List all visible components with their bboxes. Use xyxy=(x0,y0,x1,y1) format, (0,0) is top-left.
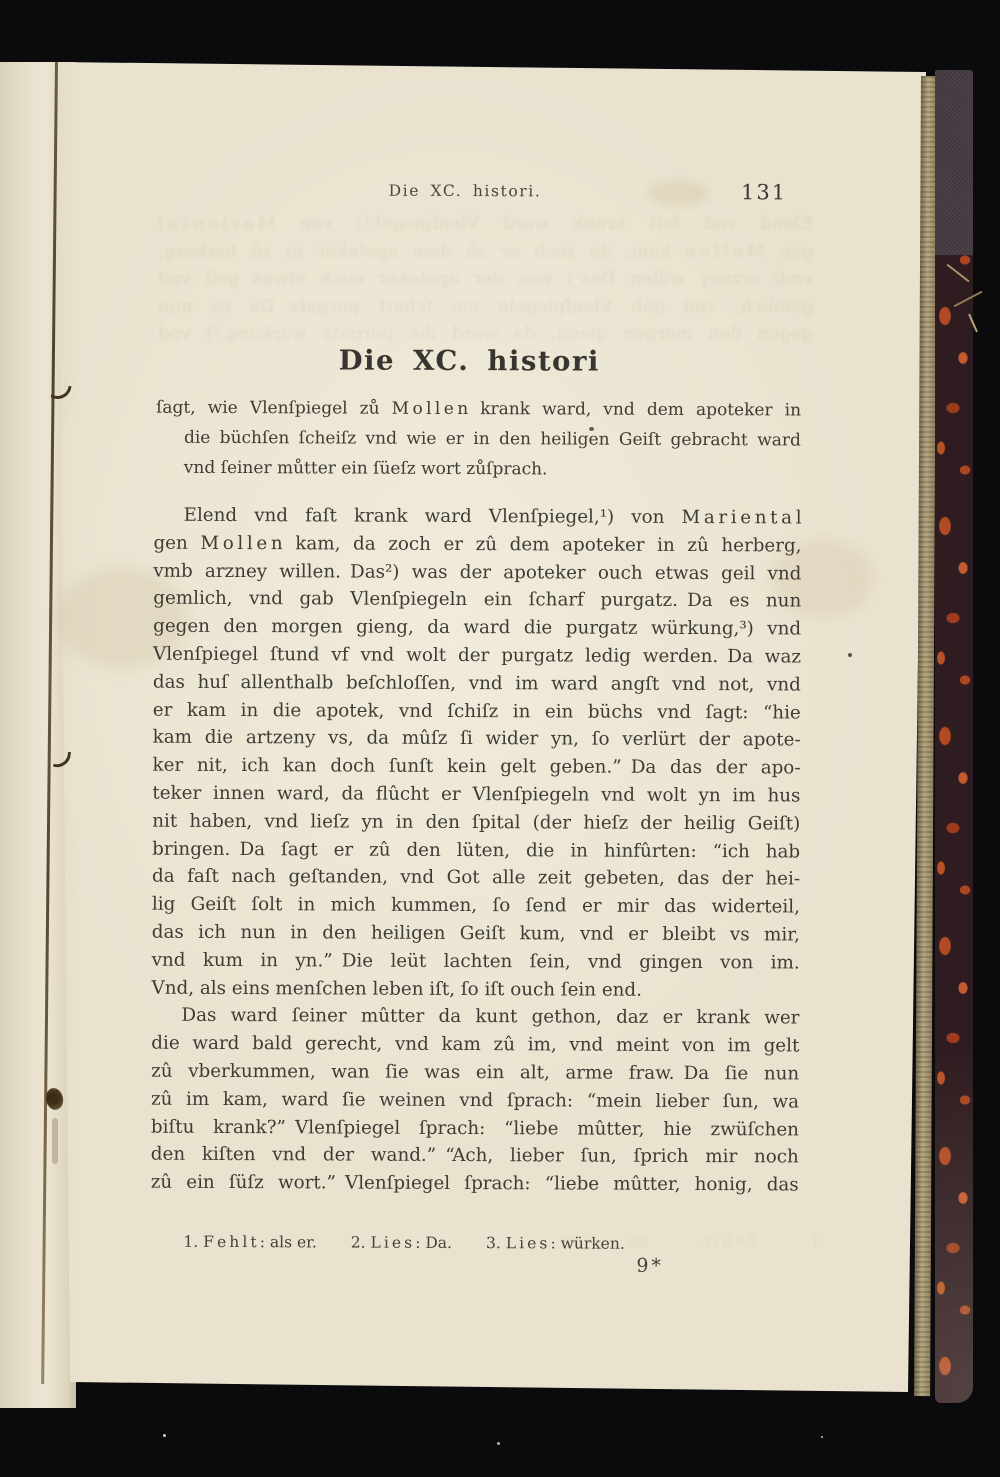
text-line: Elend vnd faſt krank ward Vlenſpiegel,¹)… xyxy=(154,502,802,533)
chapter-summary: ſagt, wie Vlenſpiegel zů M o l l e n kra… xyxy=(156,393,801,486)
text-line: vmb arzney willen. Das²) was der apoteke… xyxy=(153,557,801,588)
text-line: Vnd, als eins menſchen leben iſt, ſo iſt… xyxy=(151,974,799,1005)
book-scan-photo: Elend vnd faſt krank ward Vlenſpiegel,¹)… xyxy=(0,0,1000,1477)
text-line: zû ein ſüſz wort.” Vlenſpiegel ſprach: “… xyxy=(151,1169,799,1200)
footnote-3: 3. L i e s : würken. xyxy=(486,1234,625,1253)
text-line: teker innen ward, da flûcht er Vlenſpieg… xyxy=(152,780,800,811)
text-line: den kiſten vnd der wand.” “Ach, lieber ſ… xyxy=(151,1141,799,1172)
text-line: bringen. Da ſagt er zû den lüten, die in… xyxy=(152,835,800,866)
text-line: ſagt, wie Vlenſpiegel zů M o l l e n kra… xyxy=(156,393,801,426)
signature-mark: 9* xyxy=(636,1255,664,1277)
text-line: zû vberkummen, wan ſie was ein alt, arme… xyxy=(151,1058,799,1089)
text-line: lig Geiſt ſolt in mich kummen, ſo ſend e… xyxy=(152,891,800,922)
chapter-title: Die XC. histori xyxy=(154,344,784,379)
text-line: gemlich, vnd gab Vlenſpiegeln ein ſcharf… xyxy=(153,585,801,616)
text-line: vnd kum in yn.” Die leüt lachten ſein, v… xyxy=(152,946,800,977)
body-text: Elend vnd faſt krank ward Vlenſpiegel,¹)… xyxy=(151,502,802,1200)
text-line: kam die artzeny vs, da mûſz ſi wider yn,… xyxy=(153,724,801,755)
page-number: 131 xyxy=(741,180,787,204)
text-line: vnd ſeiner můtter ein ſüeſz wort zůſprac… xyxy=(156,453,801,486)
text-line: das huſ allenthalb beſchloſſen, vnd im w… xyxy=(153,668,801,699)
text-line: ker nit, ich kan doch ſunſt kein gelt ge… xyxy=(152,752,800,783)
footnote-1: 1. F e h l t : als er. xyxy=(183,1233,316,1252)
text-line: Das ward ſeiner mûtter da kunt gethon, d… xyxy=(151,1002,799,1033)
text-line: er kam in die apotek, vnd ſchiſz in ein … xyxy=(153,696,801,727)
text-line: Vlenſpiegel ſtund vf vnd wolt der purgat… xyxy=(153,641,801,672)
text-line: da faſt nach geſtanden, vnd Got alle zei… xyxy=(152,863,800,894)
dust-speck xyxy=(497,1442,500,1445)
dust-speck xyxy=(821,1436,823,1438)
dust-speck xyxy=(163,1434,166,1437)
text-line: gegen den morgen gieng, da ward die purg… xyxy=(153,613,801,644)
text-line: die büchſen ſcheiſz vnd wie er in den he… xyxy=(156,423,801,456)
footnotes: 1. F e h l t : als er. 2. L i e s : Da. … xyxy=(183,1233,683,1253)
text-line: das ich nun in den heiligen Geiſt kum, v… xyxy=(152,919,800,950)
text-line: biſtu krank?” Vlenſpiegel ſprach: “liebe… xyxy=(151,1113,799,1144)
running-head: Die XC. histori. xyxy=(330,181,600,200)
text-line: die ward bald gerecht, vnd kam zû im, vn… xyxy=(151,1030,799,1061)
text-line: nit haben, vnd lieſz yn in den ſpital (d… xyxy=(152,807,800,838)
text-line: zû im kam, ward ſie weinen vnd ſprach: “… xyxy=(151,1085,799,1116)
cover-cloth xyxy=(935,70,973,255)
text-line: gen M o l l e n kam, da zoch er zû dem a… xyxy=(153,529,801,560)
printed-text: Die XC. histori. 131 Die XC. histori ſag… xyxy=(0,0,1000,1477)
footnote-2: 2. L i e s : Da. xyxy=(351,1234,452,1252)
